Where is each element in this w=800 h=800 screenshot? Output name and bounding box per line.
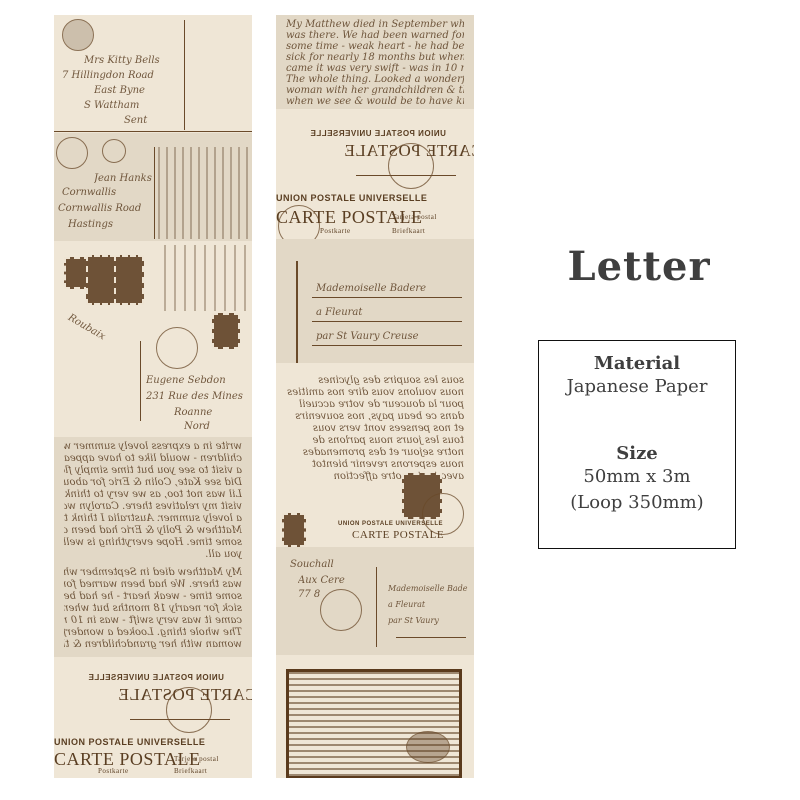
letter-line: you all.	[64, 547, 242, 562]
divider	[312, 297, 462, 298]
postmark-icon	[156, 327, 198, 369]
postcard-header-panel: UNION POSTALE UNIVERSELLE CARTE POSTALE …	[54, 657, 252, 778]
postcard-address-panel: Souchall Aux Cere 77 8 Mademoiselle Bade…	[276, 547, 474, 655]
union-postale-text: UNION POSTALE UNIVERSELLE	[338, 521, 443, 527]
address-line: 7 Hillingdon Road	[62, 68, 172, 83]
letter-panel: My Matthew died in September whilst I wa…	[276, 15, 474, 109]
wax-seal-icon	[406, 731, 450, 763]
divider	[130, 719, 230, 720]
vertical-writing	[164, 245, 246, 311]
divider	[184, 20, 185, 130]
postmark-icon	[62, 19, 94, 51]
size-group: Size 50mm x 3m (Loop 350mm)	[539, 443, 735, 516]
stamp-icon	[212, 313, 240, 349]
letter-line: woman with her grandchildren & the reaso…	[64, 637, 242, 652]
address-line: Jean Hanks	[94, 171, 154, 186]
divider	[312, 321, 462, 322]
address-line: Hastings	[68, 217, 148, 232]
tarjeta-postal-text: Tarjeta postal	[174, 755, 219, 763]
address-line: 231 Rue des Mines	[146, 389, 246, 404]
spec-box: Material Japanese Paper Size 50mm x 3m (…	[538, 340, 736, 549]
size-value: 50mm x 3m	[539, 464, 735, 490]
union-postale-text: UNION POSTALE UNIVERSELLE	[54, 737, 205, 747]
address-line: Roanne	[174, 405, 234, 420]
postmark-icon	[56, 137, 88, 169]
dense-writing	[158, 147, 248, 239]
divider	[312, 345, 462, 346]
tarjeta-postal-text: Tarjeta postal	[392, 213, 437, 221]
divider	[296, 261, 298, 363]
material-label: Material	[539, 353, 735, 374]
script-blot-panel	[276, 655, 474, 778]
washi-strip-left: Mrs Kitty Bells 7 Hillingdon Road East B…	[54, 15, 252, 778]
postkarte-text: Postkarte	[98, 767, 129, 775]
union-postale-mirrored: UNION POSTALE UNIVERSELLE	[88, 673, 224, 682]
postcard-panel-address: Mrs Kitty Bells 7 Hillingdon Road East B…	[54, 15, 252, 133]
material-group: Material Japanese Paper	[539, 353, 735, 400]
postmark-icon	[102, 139, 126, 163]
address-line: Cornwallis Road	[58, 201, 148, 216]
address-line: Mrs Kitty Bells	[84, 53, 184, 68]
sender-line: Roubaix	[65, 311, 133, 359]
washi-strip-right: My Matthew died in September whilst I wa…	[276, 15, 474, 778]
postmark-icon	[320, 589, 362, 631]
address-line: par St Vaury	[388, 613, 468, 628]
address-line: Sent	[124, 113, 184, 128]
divider	[376, 567, 377, 647]
briefkaart-text: Briefkaart	[174, 767, 207, 775]
loop-value: (Loop 350mm)	[539, 490, 735, 516]
postmark-icon	[166, 687, 212, 733]
union-postale-mirrored: UNION POSTALE UNIVERSELLE	[310, 129, 446, 138]
divider	[154, 147, 155, 239]
divider	[356, 175, 456, 176]
material-value: Japanese Paper	[539, 374, 735, 400]
postkarte-text: Postkarte	[320, 227, 351, 235]
address-line: Cornwallis	[62, 185, 142, 200]
address-line: a Fleurat	[388, 597, 468, 612]
divider	[396, 637, 466, 638]
divider	[54, 131, 252, 132]
carte-postale-text: CARTE POSTALE	[352, 529, 444, 541]
address-line: a Fleurat	[316, 305, 466, 320]
stamp-icon	[282, 513, 306, 547]
address-line: Mademoiselle Badere	[388, 581, 468, 596]
sender-line: Souchall	[290, 557, 350, 572]
briefkaart-text: Briefkaart	[392, 227, 425, 235]
divider	[140, 341, 141, 421]
postcard-header-panel: UNION POSTALE UNIVERSELLE CARTE POSTALE …	[276, 109, 474, 239]
stamp-icon	[114, 255, 144, 305]
postmark-icon	[278, 205, 320, 239]
french-letter-panel: sous les soupirs des glycines nous voulo…	[276, 363, 474, 547]
stamp-icon	[86, 255, 116, 305]
address-line: Nord	[184, 419, 244, 434]
address-line: par St Vaury Creuse	[316, 329, 466, 344]
size-label: Size	[539, 443, 735, 464]
address-line: Eugene Sebdon	[146, 373, 246, 388]
union-postale-text: UNION POSTALE UNIVERSELLE	[276, 193, 427, 203]
address-line: East Byne	[94, 83, 174, 98]
letter-line: when we see & would be to have known him	[286, 94, 464, 109]
postcard-panel-stamps: Eugene Sebdon 231 Rue des Mines Roanne N…	[54, 241, 252, 437]
postcard-address-panel: Mademoiselle Badere a Fleurat par St Vau…	[276, 239, 474, 363]
address-line: Mademoiselle Badere	[316, 281, 466, 296]
sender-line: Aux Cere	[298, 573, 348, 588]
postcard-panel-shaded: Jean Hanks Cornwallis Cornwallis Road Ha…	[54, 133, 252, 241]
postmark-icon	[388, 143, 434, 189]
address-line: S Wattham	[84, 98, 174, 113]
letter-panel: write in a express lovely summer with th…	[54, 437, 252, 657]
product-title: Letter	[540, 243, 738, 290]
